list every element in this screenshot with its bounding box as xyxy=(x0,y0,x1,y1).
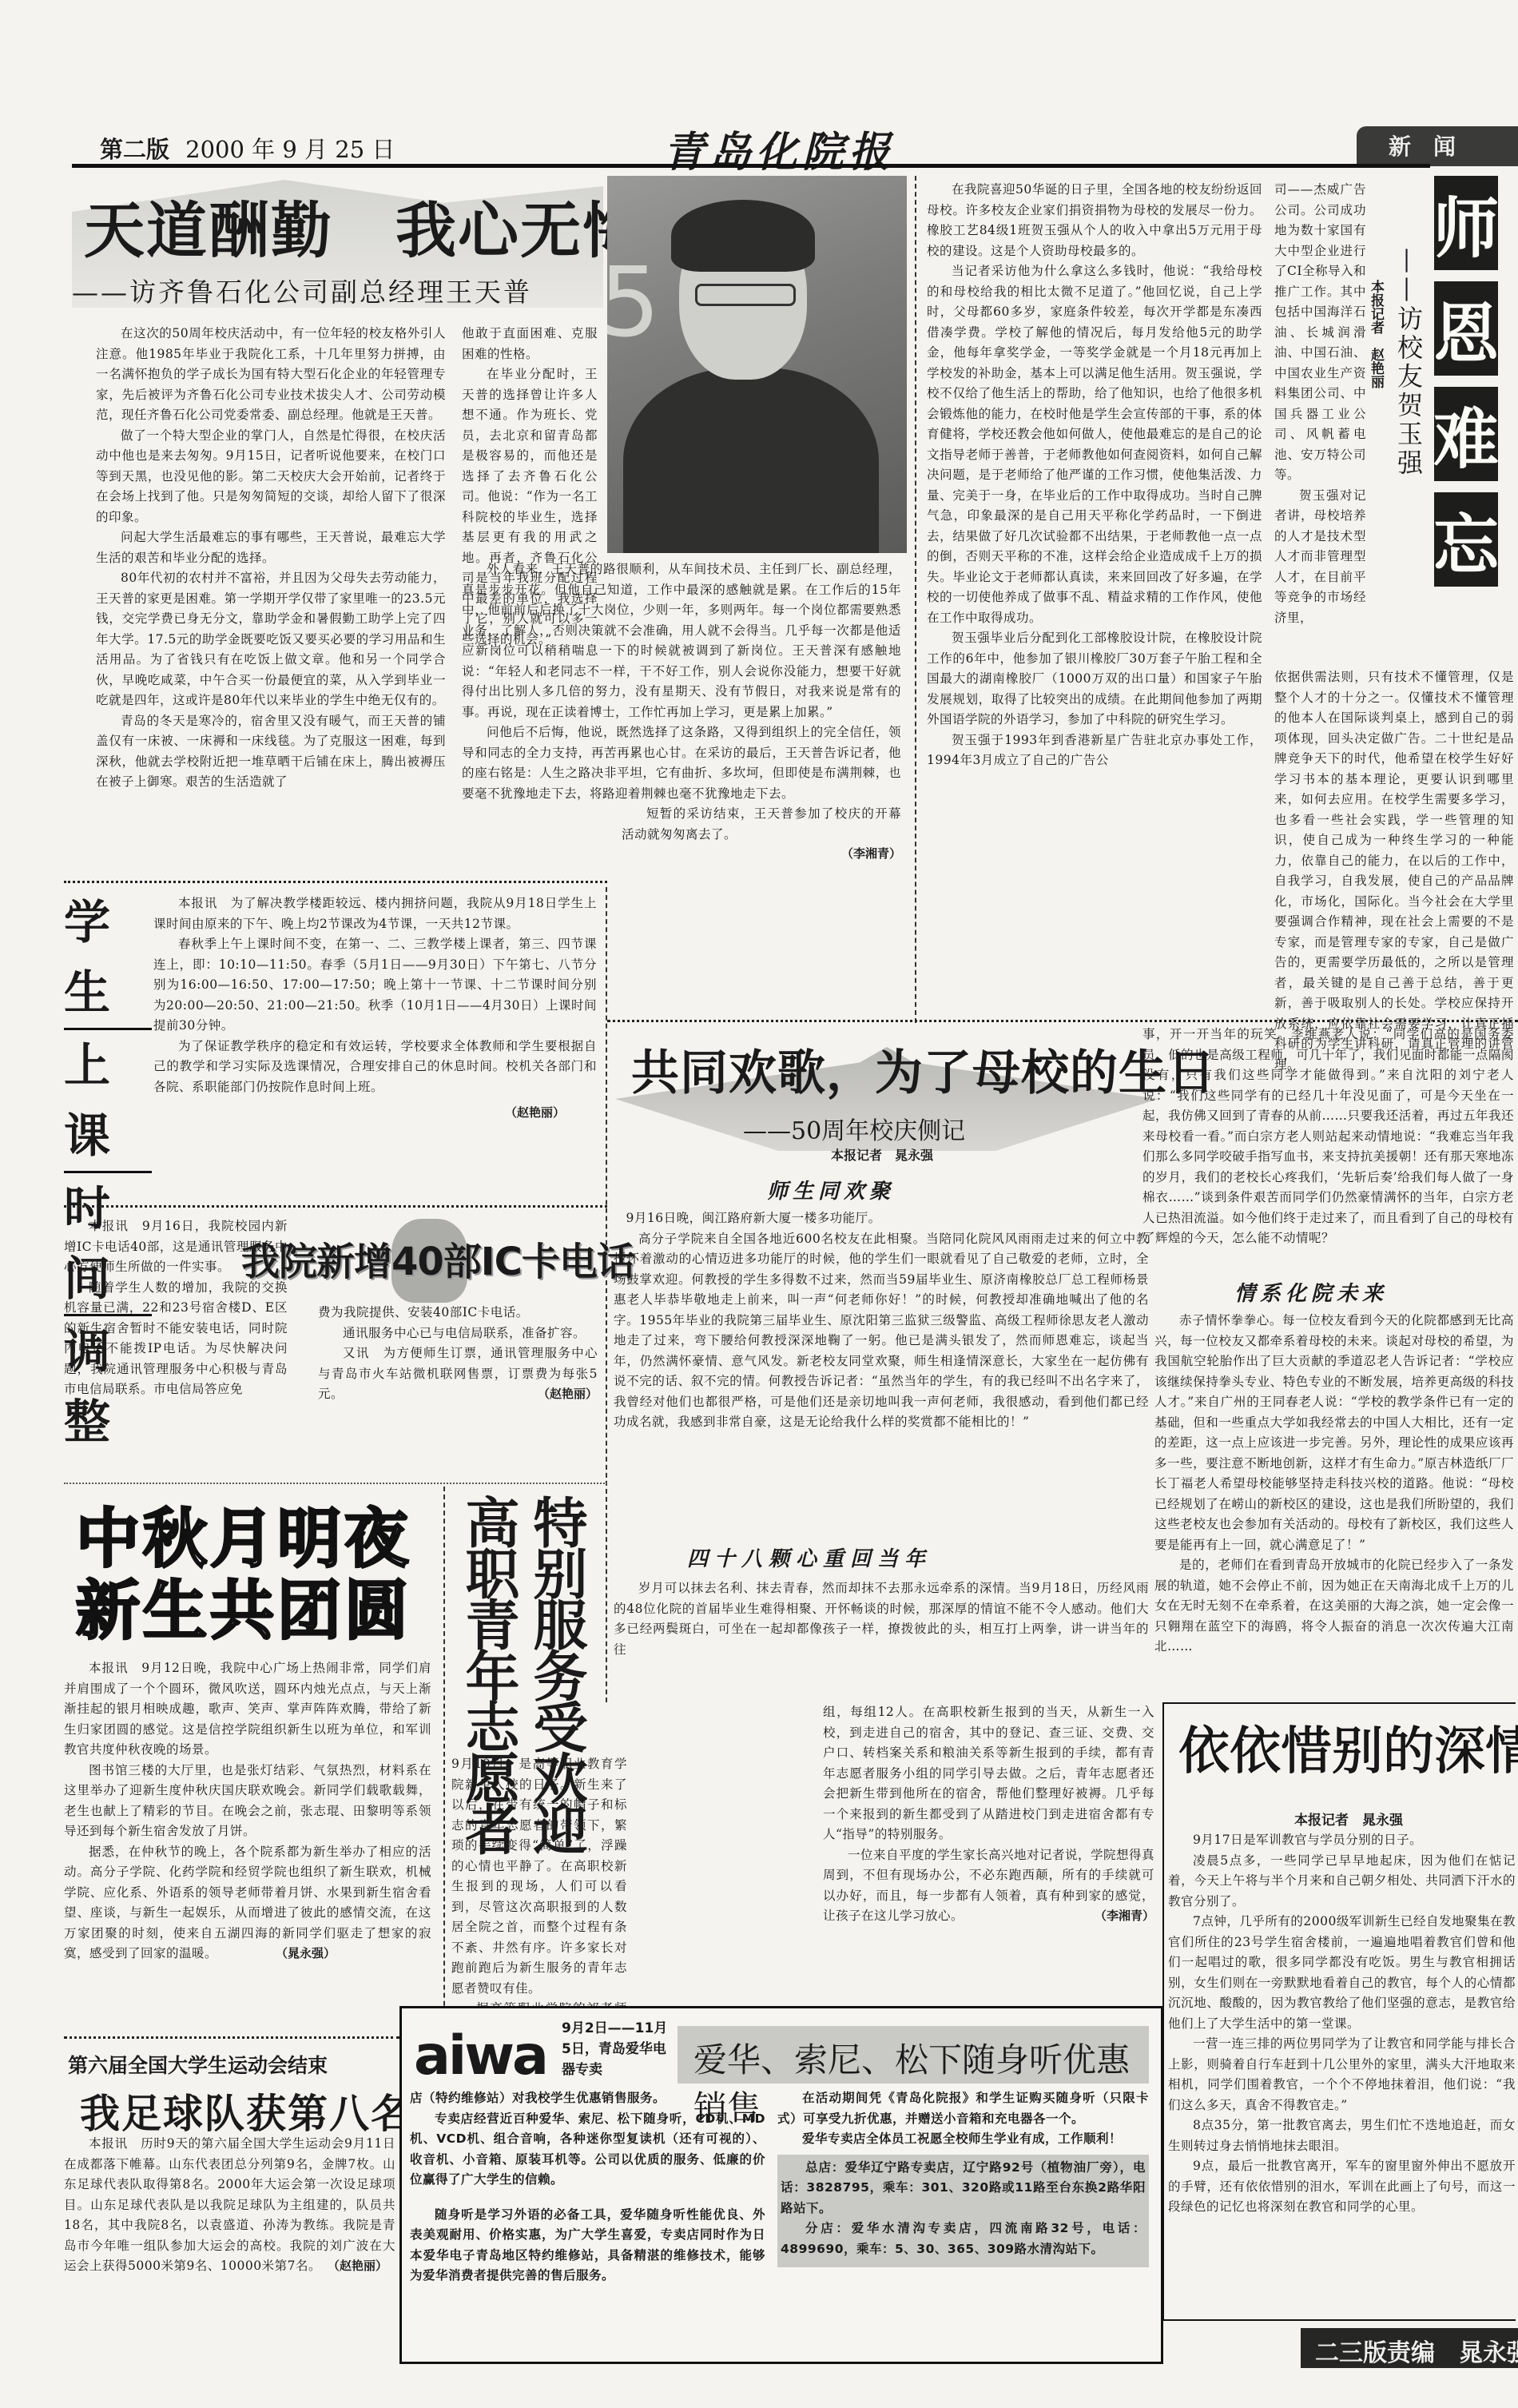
aiwa-advertisement: aiwa 9月2日——11月5日，青岛爱华电器专卖 爱华、索尼、松下随身听优惠销… xyxy=(399,2006,1163,2364)
midautumn-body: 本报讯 9月12日晚，我院中心广场上热闹非常，同学们肩并肩围成了一个个圆环，微风… xyxy=(64,1658,431,1961)
paragraph: 本报讯 历时9天的第六届全国大学生运动会9月11日在成都落下帷幕。山东代表团总分… xyxy=(64,2134,395,2277)
paragraph: 贺玉强对记者讲，母校培养的人才是技术型人才而非管理型人才，在目前平等竞争的市场经… xyxy=(1274,486,1366,629)
paragraph: 8点35分，第一批教官离去，男生们忙不迭地追赶，而女生则转过身去悄悄地抹去眼泪。 xyxy=(1168,2115,1516,2156)
celebration-section3: 赤子情怀拳拳心。每一位校友看到今天的化院都感到无比高兴，每一位校友又都牵系着母校… xyxy=(1154,1311,1514,1658)
phone-credit: （赵艳丽） xyxy=(318,1385,598,1402)
phone-col-1: 本报讯 9月16日，我院校园内新增IC卡电话40部，这是通讯管理服务中心方便师生… xyxy=(64,1216,288,1400)
celebration-title: 共同欢歌，为了母校的生日 xyxy=(631,1035,1216,1104)
paragraph: 为了保证教学秩序的稳定和有效运转，学校要求全体教师和学生要根据自己的教学和学习实… xyxy=(153,1037,597,1098)
section-title-reunion: 师生同欢聚 xyxy=(767,1175,895,1204)
midautumn-title-line-1: 中秋月明夜 xyxy=(76,1503,411,1576)
paragraph: 依据供需法则，只有技术不懂管理，仅是整个人才的十分之一。仅懂技术不懂管理的他本人… xyxy=(1274,667,1514,1075)
portrait-photo: 5 xyxy=(607,176,907,553)
paragraph: 凌晨5点多，一些同学已早早地起床，因为他们在惦记着，今天上午将与半个月来和自己朝… xyxy=(1168,1851,1516,1912)
wang-col-1: 在这次的50周年校庆活动中，有一位年轻的校友格外引人注意。他1985年毕业于我院… xyxy=(96,324,446,793)
store-info-box: 总店：爱华辽宁路专卖店，辽宁路92号（植物油厂旁），电话：3828795，乘车：… xyxy=(777,2155,1149,2268)
paragraph: 费为我院提供、安装40部IC卡电话。 xyxy=(318,1303,598,1323)
he-col-2: 司——杰威广告公司。公司成功地为数十家国有大中型企业进行了CI全称导入和推广工作… xyxy=(1274,180,1366,628)
paragraph: 7点钟，几乎所有的2000级军训新生已经自发地聚集在教官们所住的23号学生宿舍楼… xyxy=(1168,1912,1516,2034)
main-store: 总店：爱华辽宁路专卖店，辽宁路92号（植物油厂旁），电话：3828795，乘车：… xyxy=(781,2158,1146,2219)
he-title-stack: 师 恩 难 忘 xyxy=(1434,176,1498,598)
he-subtitle: ——访校友贺玉强 xyxy=(1390,248,1427,478)
celebration-right: 事，开一开当年的玩笑。李维燕老人说：“同学们高的是国务委员，低的也是高级工程师，… xyxy=(1142,1025,1514,1249)
paragraph: 在活动期间凭《青岛化院报》和学生证购买随身听（只限卡式）可享受九折优惠，并赠送小… xyxy=(777,2088,1149,2129)
title-char: 师 xyxy=(1434,176,1498,270)
celebration-section2: 岁月可以抹去名利、抹去青春，然而却抹不去那永远牵系的深情。当9月18日，历经风雨… xyxy=(614,1578,1149,1660)
paragraph: 赤子情怀拳拳心。每一位校友看到今天的化院都感到无比高兴，每一位校友又都牵系着母校… xyxy=(1154,1311,1514,1555)
paragraph: 一营一连三排的两位男同学为了让教官和同学能与排长合上影，则骑着自行车赶到十几公里… xyxy=(1168,2034,1516,2115)
paragraph: 问他后不后悔，他说，既然选择了这条路，又得到组织上的完全信任，领导和同志的全力支… xyxy=(462,722,901,804)
photo-glasses xyxy=(695,284,796,306)
paragraph: 9月19日，是高等职业教育学院新生入校的日子。新生来了以后，在带有统一的帽子和标… xyxy=(451,1754,627,1999)
paragraph: 9月17日是军训教官与学员分别的日子。 xyxy=(1168,1830,1516,1851)
section-divider xyxy=(607,1020,1518,1022)
section-divider xyxy=(64,1205,607,1208)
column-divider xyxy=(443,1487,445,2046)
celebration-byline: 本报记者 晁永强 xyxy=(831,1145,933,1164)
football-kicker: 第六届全国大学生运动会结束 xyxy=(68,2050,328,2079)
stage-numeral: 5 xyxy=(607,248,660,359)
paragraph: 高分子学院来自全国各地近600名校友在此相聚。当陪同化院风风雨雨走过来的何立中教… xyxy=(614,1229,1149,1433)
paragraph: 贺玉强毕业后分配到化工部橡胶设计院，在橡胶设计院工作的6年中，他参加了银川橡胶厂… xyxy=(927,628,1262,730)
aiwa-col-1: 店（特约维修站）对我校学生优惠销售服务。 专卖店经营近百种爱华、索尼、松下随身听… xyxy=(410,2088,765,2287)
section-divider xyxy=(64,881,607,883)
paragraph: 岁月可以抹去名利、抹去青春，然而却抹不去那永远牵系的深情。当9月18日，历经风雨… xyxy=(614,1578,1149,1660)
he-wide-paragraph: 依据供需法则，只有技术不懂管理，仅是整个人才的十分之一。仅懂技术不懂管理的他本人… xyxy=(1274,667,1514,1075)
editor-credit-banner: 二三版责编 晁永强 xyxy=(1301,2328,1518,2368)
wang-credit: （李湘青） xyxy=(462,845,901,862)
masthead-rule xyxy=(72,164,1430,168)
paragraph: 本报讯 为了解决教学楼距较远、楼内拥挤问题，我院从9月18日学生上课时间由原来的… xyxy=(153,894,597,934)
paragraph: 在我院喜迎50华诞的日子里，全国各地的校友纷纷返回母校。许多校友企业家们捐资捐物… xyxy=(927,180,1262,261)
paragraph: 9点，最后一批教官离开，军车的窗里窗外伸出不愿放开的手臂，还有依依惜别的泪水，军… xyxy=(1168,2156,1516,2218)
paragraph: 在这次的50周年校庆活动中，有一位年轻的校友格外引人注意。他1985年毕业于我院… xyxy=(96,324,446,426)
paper-name: 青岛化院报 xyxy=(663,118,895,178)
edition-date: 第二版 2000 年 9 月 25 日 xyxy=(100,132,395,165)
schedule-credit: （赵艳丽） xyxy=(153,1104,565,1120)
paragraph: 本报讯 9月12日晚，我院中心广场上热闹非常，同学们肩并肩围成了一个个圆环，微风… xyxy=(64,1658,431,1761)
football-body: 本报讯 历时9天的第六届全国大学生运动会9月11日在成都落下帷幕。山东代表团总分… xyxy=(64,2134,395,2274)
aiwa-title-banner: 爱华、索尼、松下随身听优惠销售 xyxy=(678,2026,1149,2084)
paragraph: 青岛的冬天是寒冷的，宿舍里又没有暖气，而王天普的铺盖仅有一床被、一床褥和一床线毯… xyxy=(96,711,446,793)
paragraph: 事，开一开当年的玩笑。李维燕老人说：“同学们高的是国务委员，低的也是高级工程师，… xyxy=(1142,1025,1514,1249)
section-title-48: 四十八颗心重回当年 xyxy=(687,1542,932,1572)
paragraph: 随身听是学习外语的必备工具，爱华随身听性能优良、外表美观耐用、价格实惠，为广大学… xyxy=(410,2205,765,2287)
schedule-body: 本报讯 为了解决教学楼距较远、楼内拥挤问题，我院从9月18日学生上课时间由原来的… xyxy=(153,894,597,1120)
paragraph: 春秋季上午上课时间不变，在第一、二、三教学楼上课者，第三、四节课连上，即：10:… xyxy=(153,934,597,1037)
paragraph: 专卖店经营近百种爱华、索尼、松下随身听，CD机、MD机、VCD机、组合音响，各种… xyxy=(410,2109,765,2191)
title-char: 恩 xyxy=(1434,281,1498,376)
paragraph: 图书馆三楼的大厅里，也是张灯结彩、气氛热烈，材料系在这里举办了迎新生度仲秋庆国庆… xyxy=(64,1761,431,1842)
branch-store: 分店：爱华水清沟专卖店，四流南路32号，电话：4899690，乘车：5、30、3… xyxy=(781,2219,1146,2259)
football-title: 我足球队获第八名 xyxy=(80,2082,412,2139)
paragraph: 爱华专卖店全体员工祝愿全校师生学业有成，工作顺利！ xyxy=(777,2129,1149,2150)
editor-label: 二三版责编 晁永强 xyxy=(1315,2339,1518,2367)
paragraph: 问起大学生活最难忘的事有哪些，王天普说，最难忘大学生活的艰苦和毕业分配的选择。 xyxy=(96,527,446,568)
column-divider xyxy=(606,887,607,1702)
wang-article-title: 天道酬勤 我心无悔 xyxy=(84,182,645,269)
aiwa-logo: aiwa xyxy=(414,2024,546,2088)
photo-hair xyxy=(671,200,815,272)
wang-col-3: 外人看来，王天普的路很顺利，从车间技术员、主任到厂长、副总经理，真是步步开花。但… xyxy=(462,559,901,862)
volunteer-col-2: 组，每组12人。在高职校新生报到的当天，从新生一入校，到走进自己的宿舍，其中的登… xyxy=(823,1702,1154,1924)
wang-article-subtitle: ——访齐鲁石化公司副总经理王天普 xyxy=(72,272,532,309)
paragraph: 9月16日晚，闽江路府新大厦一楼多功能厅。 xyxy=(614,1208,1149,1229)
phone-col-2: 费为我院提供、安装40部IC卡电话。 通讯服务中心已与电信局联系，准备扩容。 又… xyxy=(318,1303,598,1402)
farewell-body: 9月17日是军训教官与学员分别的日子。 凌晨5点多，一些同学已早早地起床，因为他… xyxy=(1168,1830,1516,2218)
paragraph: 外人看来，王天普的路很顺利，从车间技术员、主任到厂长、副总经理，真是步步开花。但… xyxy=(462,559,901,722)
edition-label: 第二版 xyxy=(100,136,169,163)
section-divider xyxy=(64,2036,399,2039)
section-tab: 新 闻 xyxy=(1357,126,1518,166)
photo-body xyxy=(623,368,879,553)
paragraph: 本报讯 9月16日，我院校园内新增IC卡电话40部，这是通讯管理服务中心方便师生… xyxy=(64,1216,288,1278)
farewell-title: 依依惜别的深情 xyxy=(1178,1710,1518,1784)
paragraph: 司——杰威广告公司。公司成功地为数十家国有大中型企业进行了CI全称导入和推广工作… xyxy=(1274,180,1366,486)
section-divider xyxy=(64,1483,607,1484)
celebration-subtitle: ——50周年校庆侧记 xyxy=(743,1111,965,1146)
midautumn-title-line-2: 新生共团圆 xyxy=(76,1574,411,1648)
paragraph: 80年代初的农村并不富裕，并且因为父母失去劳动能力，王天普的家更是困难。第一学期… xyxy=(96,568,446,711)
aiwa-date-intro: 9月2日——11月5日，青岛爱华电器专卖 xyxy=(562,2018,674,2080)
section-title-future: 情系化院未来 xyxy=(1234,1277,1388,1307)
paragraph: 通讯服务中心已与电信局联系，准备扩容。 xyxy=(318,1323,598,1344)
paragraph: 做了一个特大型企业的掌门人，自然是忙得很，在校庆活动中他也是来去匆匆。9月15日… xyxy=(96,426,446,528)
celebration-section1: 9月16日晚，闽江路府新大厦一楼多功能厅。 高分子学院来自全国各地近600名校友… xyxy=(614,1208,1149,1433)
paragraph: 店（特约维修站）对我校学生优惠销售服务。 xyxy=(410,2088,765,2109)
he-byline: 本报记者 赵艳丽 xyxy=(1366,280,1386,388)
issue-date: 2000 年 9 月 25 日 xyxy=(185,136,395,163)
paragraph: 贺玉强于1993年到香港新星广告驻北京办事处工作，1994年3月成立了自己的广告… xyxy=(927,730,1262,771)
farewell-byline: 本报记者 晁永强 xyxy=(1294,1809,1403,1829)
title-char: 忘 xyxy=(1434,492,1498,587)
aiwa-col-2: 在活动期间凭《青岛化院报》和学生证购买随身听（只限卡式）可享受九折优惠，并赠送小… xyxy=(777,2088,1149,2267)
paragraph: 当记者采访他为什么拿这么多钱时，他说：“我给母校的和母校给我的相比太微不足道了。… xyxy=(927,261,1262,628)
title-char: 难 xyxy=(1434,387,1498,481)
column-divider xyxy=(915,176,916,1023)
paragraph: 组，每组12人。在高职校新生报到的当天，从新生一入校，到走进自己的宿舍，其中的登… xyxy=(823,1702,1154,1845)
title-line: 上课 xyxy=(64,1030,152,1173)
phone-article-title: 我院新增40部IC卡电话 xyxy=(241,1231,634,1286)
he-col-1: 在我院喜迎50华诞的日子里，全国各地的校友纷纷返回母校。许多校友企业家们捐资捐物… xyxy=(927,180,1262,771)
paragraph: 是的，老师们在看到青岛开放城市的化院已经步入了一条发展的轨道，她不会停止不前，因… xyxy=(1154,1555,1514,1658)
paragraph: 随着学生人数的增加，我院的交换机容量已满，22和23号宿舍楼D、E区的新生宿舍暂… xyxy=(64,1278,288,1400)
title-line: 学生 xyxy=(64,887,152,1030)
paragraph: 他敢于直面困难、克服困难的性格。 xyxy=(462,324,598,364)
paragraph: 短暂的采访结束，王天普参加了校庆的开幕活动就匆匆离去了。 xyxy=(622,804,901,845)
